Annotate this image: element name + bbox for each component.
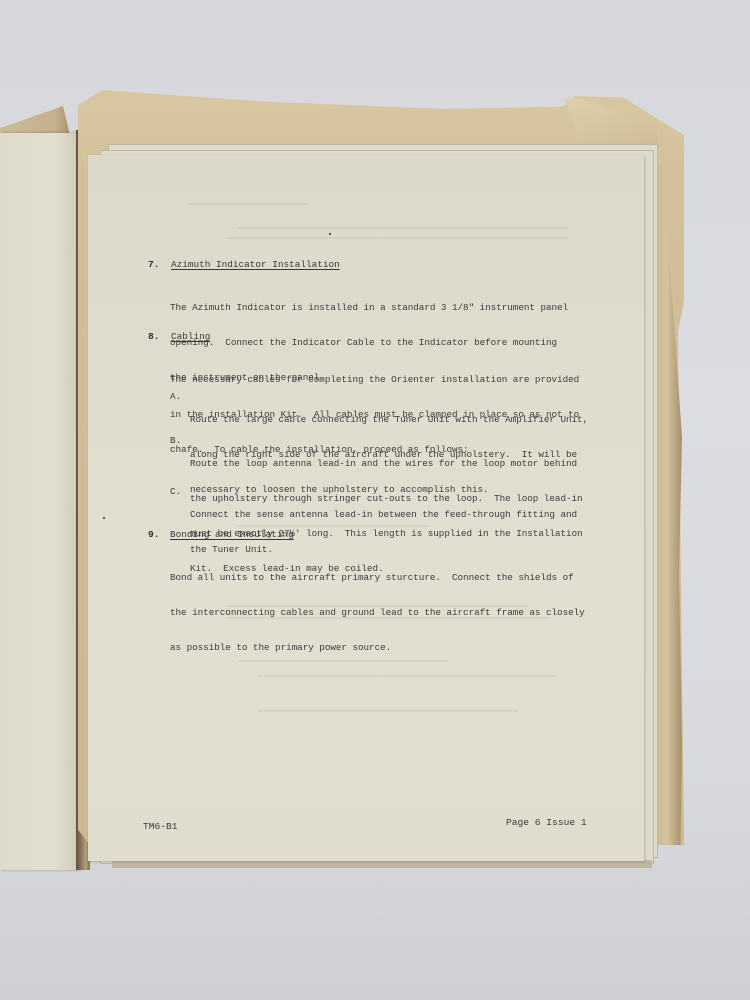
body-line: Connect the sense antenna lead-in betwee… <box>190 509 577 521</box>
body-line: as possible to the primary power source. <box>170 642 585 654</box>
section-number: 7. <box>148 259 160 270</box>
bleed-through <box>228 237 568 239</box>
step-letter: A. <box>170 391 181 402</box>
body-line: Bond all units to the aircraft primary s… <box>170 572 585 584</box>
body-line: opening. Connect the Indicator Cable to … <box>170 337 568 349</box>
body-line: The Azimuth Indicator is installed in a … <box>170 302 568 314</box>
page-stack-bottom <box>112 860 652 868</box>
section-heading: Bonding and Insulating <box>170 529 294 540</box>
section-number: 9. <box>148 529 160 540</box>
body-line: The necessary cables for completing the … <box>170 374 579 386</box>
body-line: Route the loop antenna lead-in and the w… <box>190 458 583 470</box>
page-number: Page 6 Issue 1 <box>506 817 587 828</box>
left-page-stack <box>0 133 78 870</box>
document-code: TM6-B1 <box>143 821 178 832</box>
body-line: the interconnecting cables and ground le… <box>170 607 585 619</box>
ink-speck <box>329 233 331 235</box>
photo-scene: 7. Azimuth Indicator Installation The Az… <box>0 0 750 1000</box>
bleed-through <box>258 710 518 712</box>
body-line: Route the large cable connecting the Tun… <box>190 414 588 426</box>
document-page: 7. Azimuth Indicator Installation The Az… <box>88 155 644 861</box>
step-letter: C. <box>170 486 181 497</box>
bleed-through <box>238 227 568 229</box>
bleed-through <box>188 203 308 205</box>
section-number: 8. <box>148 331 160 342</box>
step-letter: B. <box>170 435 181 446</box>
section-body: Bond all units to the aircraft primary s… <box>170 549 585 677</box>
section-heading: Azimuth Indicator Installation <box>171 259 340 270</box>
section-heading: Cabling <box>171 331 210 342</box>
ink-speck <box>103 517 105 519</box>
